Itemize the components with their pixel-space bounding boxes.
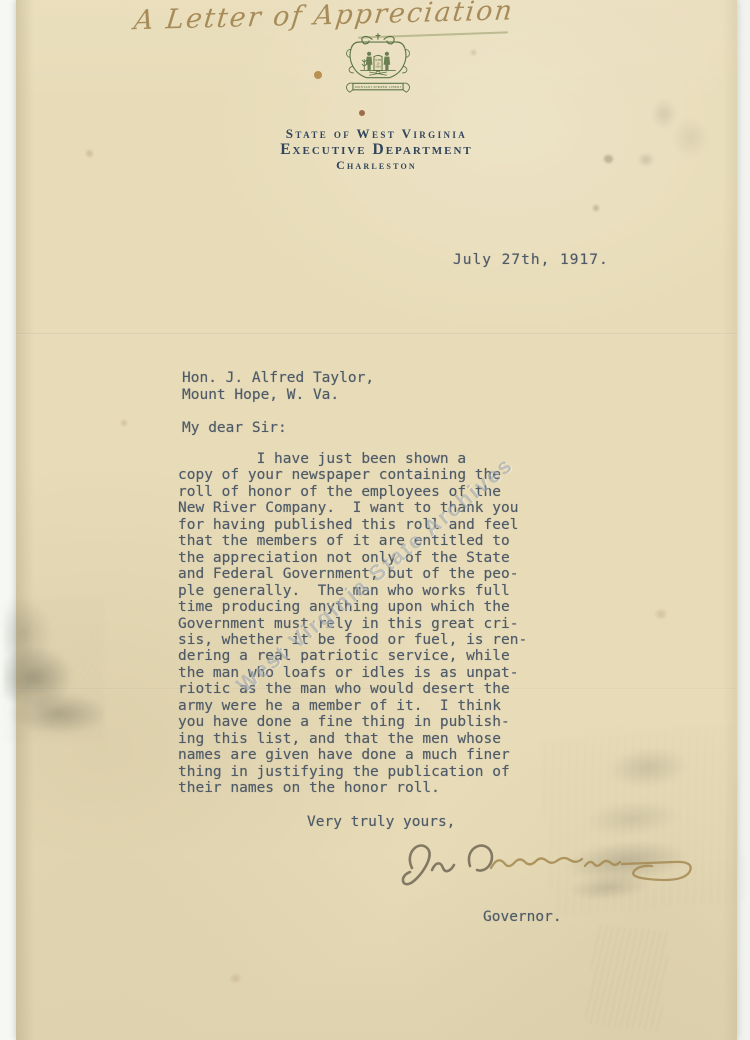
stain-spot [593, 205, 599, 211]
ink-smudge-left-edge [4, 598, 104, 743]
governor-signature-scrawl [390, 826, 720, 906]
signer-title: Governor. [483, 909, 562, 925]
stain-spot [359, 110, 365, 116]
seal-motto: MONTANI SEMPER LIBERI [355, 85, 401, 89]
stain-spot [231, 975, 240, 982]
stain-spot [604, 155, 613, 163]
stain-spot [656, 610, 666, 618]
west-virginia-state-seal-icon: JUNE 20 1863 MONTANI SEMPER LIBERI [340, 31, 416, 113]
scanned-letter: A Letter of Appreciation [0, 0, 750, 1040]
seal-stone-line3: 1863 [375, 66, 381, 69]
letter-body: I have just been shown a copy of your ne… [178, 451, 527, 797]
stain-top-right [628, 90, 718, 210]
scratch-streaks-bottom-right [585, 924, 670, 1031]
fold-crease-top [16, 333, 737, 335]
handwritten-annotation: A Letter of Appreciation [132, 0, 535, 36]
stain-spot [314, 71, 322, 79]
stain-spot [86, 150, 93, 157]
letter-date: July 27th, 1917. [453, 252, 609, 268]
letter-paper: A Letter of Appreciation [16, 0, 737, 1040]
stain-spot [121, 420, 127, 426]
stain-spot [471, 50, 476, 55]
salutation: My dear Sir: [182, 420, 287, 436]
recipient-address: Hon. J. Alfred Taylor, Mount Hope, W. Va… [182, 370, 374, 404]
